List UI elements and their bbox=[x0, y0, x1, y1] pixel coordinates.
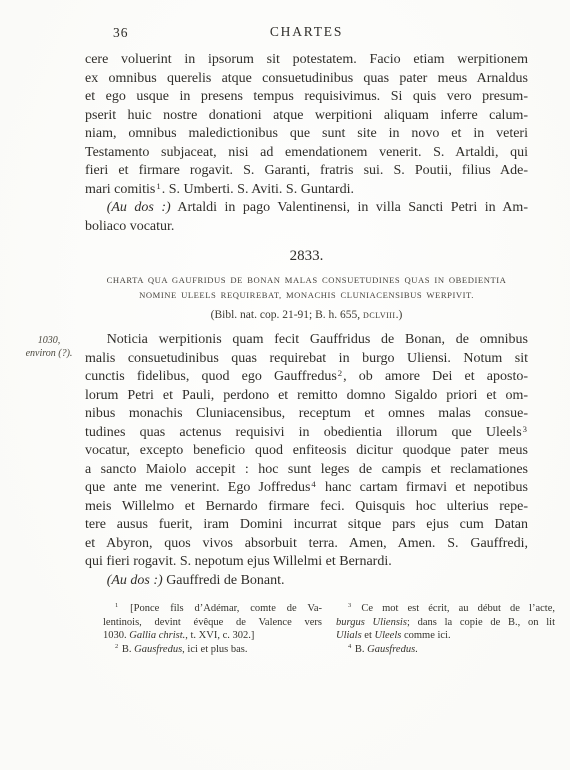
running-title: CHARTES bbox=[85, 24, 528, 40]
text-line: tere ausus fuerit, iram Domini incurrat … bbox=[85, 516, 528, 535]
footnote-column-left: 1 [Ponce fils d’Adémar, comte de Va-lent… bbox=[103, 602, 322, 656]
text-line: et ego usque in presens tempus requisivi… bbox=[85, 88, 528, 107]
text-line: 1 [Ponce fils d’Adémar, comte de Va- bbox=[103, 602, 322, 616]
text-line: 1030. Gallia christ., t. XVI, c. 302.] bbox=[103, 629, 322, 643]
text-line: 4 B. Gausfredus. bbox=[336, 643, 555, 657]
text-line: 2 B. Gausfredus, ici et plus bas. bbox=[103, 643, 322, 657]
text-line: (Au dos :) Gauffredi de Bonant. bbox=[85, 572, 528, 591]
source-citation: (Bibl. nat. cop. 21-91; B. h. 655, dclvi… bbox=[85, 308, 528, 322]
text-line: pserit huic nostre donationi atque werpi… bbox=[85, 107, 528, 126]
text-line: que ante me venerint. Ego Joffredus4 han… bbox=[85, 479, 528, 498]
footnote-2: 2 B. Gausfredus, ici et plus bas. bbox=[103, 643, 322, 657]
text-line: et Abyron, quos vivos absorbuit terra. A… bbox=[85, 535, 528, 554]
text-line: niam, omnibus maledictionibus que sunt s… bbox=[85, 125, 528, 144]
margin-date-qualifier: environ (?). bbox=[14, 347, 84, 360]
text-line: tudines quas actenus requisivi in obedie… bbox=[85, 424, 528, 443]
margin-date-note: 1030, environ (?). bbox=[14, 334, 84, 360]
charter-title-line-1: CHARTA QUA GAUFRIDUS DE BONAN MALAS CONS… bbox=[85, 273, 528, 288]
text-line: nibus monachis Cluniacensibus, receptum … bbox=[85, 405, 528, 424]
text-line: lentinois, devint évêque de Valence vers bbox=[103, 616, 322, 630]
text-line: mari comitis1. S. Umberti. S. Aviti. S. … bbox=[85, 181, 528, 200]
footnote-1: 1 [Ponce fils d’Adémar, comte de Va-lent… bbox=[103, 602, 322, 643]
charter-title-heading: CHARTA QUA GAUFRIDUS DE BONAN MALAS CONS… bbox=[85, 273, 528, 302]
text-line: malis consuetudinibus quas requirebat in… bbox=[85, 350, 528, 369]
charter-2833-body-paragraph: Noticia werpitionis quam fecit Gauffridu… bbox=[85, 331, 528, 572]
text-line: meis Willelmo et Bernardo firmare feci. … bbox=[85, 498, 528, 517]
text-line: vocatur, excepto beneficio quod enfiteos… bbox=[85, 442, 528, 461]
footnote-4: 4 B. Gausfredus. bbox=[336, 643, 555, 657]
text-line: (Au dos :) Artaldi in pago Valentinensi,… bbox=[85, 199, 528, 218]
text-line: cunctis fidelibus, quod ego Gauffredus2,… bbox=[85, 368, 528, 387]
text-column: cere voluerint in ipsorum sit potestatem… bbox=[85, 51, 528, 590]
book-page-scan: 36 CHARTES 1030, environ (?). cere volue… bbox=[0, 0, 570, 770]
charter-number-heading: 2833. bbox=[85, 246, 528, 266]
footnote-column-right: 3 Ce mot est écrit, au début de l’acte,b… bbox=[336, 602, 555, 656]
footnote-3: 3 Ce mot est écrit, au début de l’acte,b… bbox=[336, 602, 555, 643]
footnotes-section: 1 [Ponce fils d’Adémar, comte de Va-lent… bbox=[103, 602, 555, 656]
charter-title-line-2: NOMINE ULEELS REQUIREBAT, MONACHIS CLUNI… bbox=[85, 288, 528, 303]
text-line: Noticia werpitionis quam fecit Gauffridu… bbox=[85, 331, 528, 350]
charter-2832-body-paragraph: cere voluerint in ipsorum sit potestatem… bbox=[85, 51, 528, 199]
text-line: burgus Uliensis; dans la copie de B., on… bbox=[336, 616, 555, 630]
text-line: ex omnibus querelis atque consuetudinibu… bbox=[85, 70, 528, 89]
text-line: a sancto Maiolo accepit : hoc sunt leges… bbox=[85, 461, 528, 480]
text-line: 3 Ce mot est écrit, au début de l’acte, bbox=[336, 602, 555, 616]
text-line: Ulials et Uleels comme ici. bbox=[336, 629, 555, 643]
text-line: boliaco vocatur. bbox=[85, 218, 528, 237]
text-line: Testamento subjaceat, nisi ad emendation… bbox=[85, 144, 528, 163]
text-line: lorum Petri et Pauli, perdono et remitto… bbox=[85, 387, 528, 406]
text-line: cere voluerint in ipsorum sit potestatem… bbox=[85, 51, 528, 70]
text-line: qui fieri rogavit. S. nepotum ejus Wille… bbox=[85, 553, 528, 572]
charter-2832-au-dos-paragraph: (Au dos :) Artaldi in pago Valentinensi,… bbox=[85, 199, 528, 236]
text-line: fieri et firmare rogavit. S. Garanti, fr… bbox=[85, 162, 528, 181]
margin-date-year: 1030, bbox=[14, 334, 84, 347]
charter-2833-au-dos-paragraph: (Au dos :) Gauffredi de Bonant. bbox=[85, 572, 528, 591]
